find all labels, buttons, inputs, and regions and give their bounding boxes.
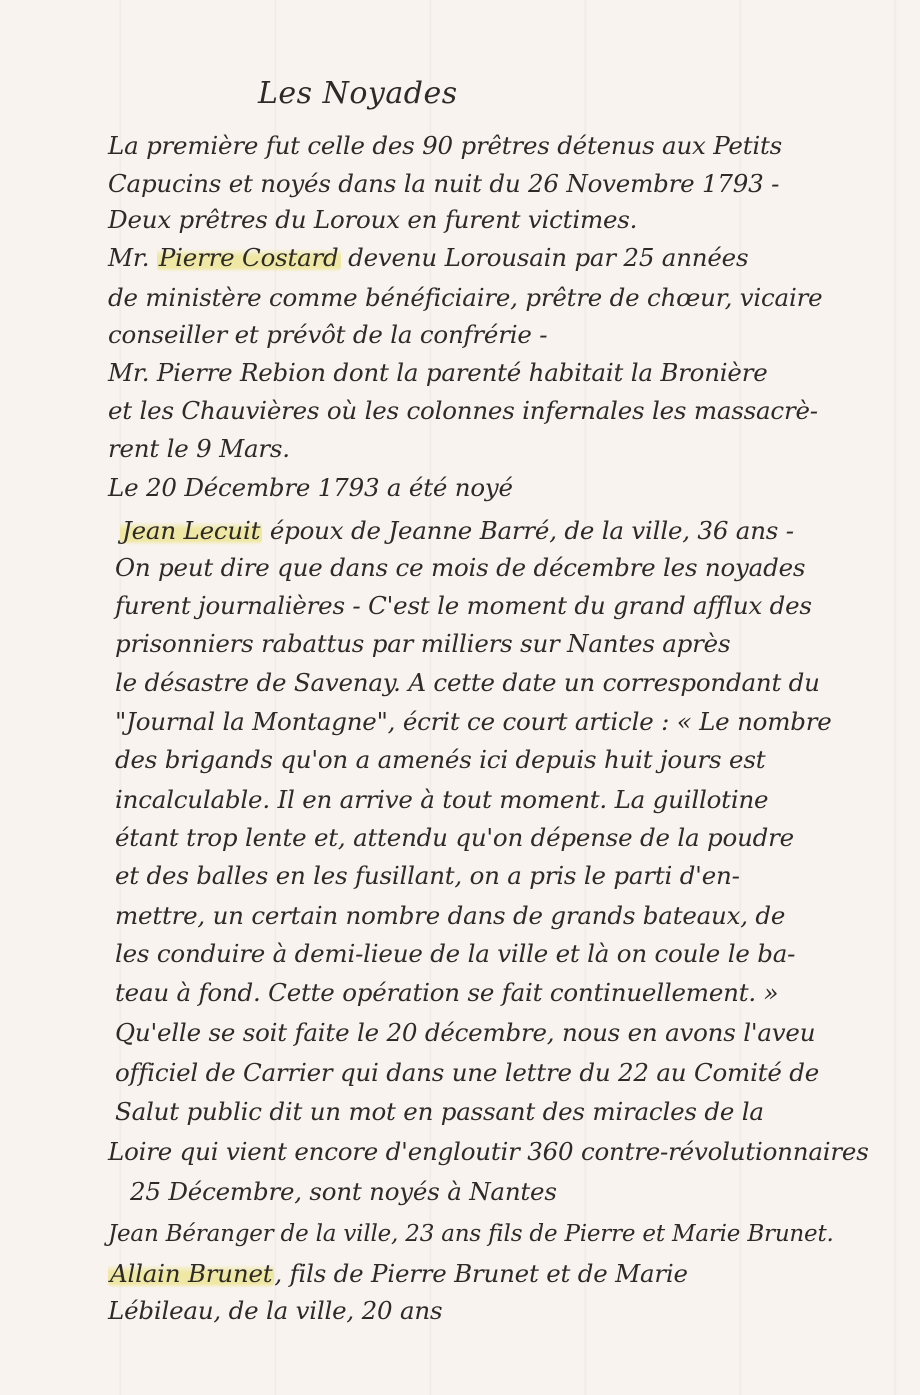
text-line: étant trop lente et, attendu qu'on dépen… xyxy=(115,822,794,854)
line-rest: devenu Lorousain par 25 années xyxy=(341,243,749,272)
scanned-page: Les Noyades La première fut celle des 90… xyxy=(0,0,920,1395)
text-line: et les Chauvières où les colonnes infern… xyxy=(108,395,818,427)
highlighted-name: Allain Brunet xyxy=(108,1259,274,1288)
text-line: les conduire à demi-lieue de la ville et… xyxy=(115,938,795,970)
text-line: incalculable. Il en arrive à tout moment… xyxy=(115,784,768,816)
text-line: conseiller et prévôt de la confrérie - xyxy=(108,319,547,351)
text-line: furent journalières - C'est le moment du… xyxy=(115,590,812,622)
text-line: prisonniers rabattus par milliers sur Na… xyxy=(115,628,730,660)
honorific: Mr. xyxy=(108,243,157,272)
text-line: mettre, un certain nombre dans de grands… xyxy=(115,900,785,932)
text-line: 25 Décembre, sont noyés à Nantes xyxy=(130,1176,557,1208)
text-line: Deux prêtres du Loroux en furent victime… xyxy=(108,204,637,236)
document-title: Les Noyades xyxy=(258,76,458,111)
line-rest: , fils de Pierre Brunet et de Marie xyxy=(274,1259,687,1288)
text-line: Lébileau, de la ville, 20 ans xyxy=(108,1295,442,1327)
text-line: Capucins et noyés dans la nuit du 26 Nov… xyxy=(108,168,779,200)
line-rest: époux de Jeanne Barré, de la ville, 36 a… xyxy=(262,516,794,545)
text-line-highlighted: Jean Lecuit époux de Jeanne Barré, de la… xyxy=(120,515,794,547)
highlighted-name: Pierre Costard xyxy=(157,243,341,272)
text-line: officiel de Carrier qui dans une lettre … xyxy=(115,1057,819,1089)
text-line: Le 20 Décembre 1793 a été noyé xyxy=(108,472,513,504)
text-line: teau à fond. Cette opération se fait con… xyxy=(115,977,778,1009)
text-line: le désastre de Savenay. A cette date un … xyxy=(115,667,820,699)
text-line: On peut dire que dans ce mois de décembr… xyxy=(115,552,805,584)
text-line: Qu'elle se soit faite le 20 décembre, no… xyxy=(115,1017,815,1049)
text-line: Loire qui vient encore d'engloutir 360 c… xyxy=(108,1136,869,1168)
text-line: Jean Béranger de la ville, 23 ans fils d… xyxy=(108,1218,834,1250)
text-line: des brigands qu'on a amenés ici depuis h… xyxy=(115,744,765,776)
text-line: La première fut celle des 90 prêtres dét… xyxy=(108,130,782,162)
highlighted-name: Jean Lecuit xyxy=(120,516,262,545)
text-line: de ministère comme bénéficiaire, prêtre … xyxy=(108,282,822,314)
text-line: Mr. Pierre Rebion dont la parenté habita… xyxy=(108,357,768,389)
text-line-highlighted: Mr. Pierre Costard devenu Lorousain par … xyxy=(108,242,748,274)
text-line: et des balles en les fusillant, on a pri… xyxy=(115,860,740,892)
text-line-highlighted: Allain Brunet, fils de Pierre Brunet et … xyxy=(108,1258,688,1290)
text-line: Salut public dit un mot en passant des m… xyxy=(115,1096,764,1128)
text-line: "Journal la Montagne", écrit ce court ar… xyxy=(115,706,832,738)
text-line: rent le 9 Mars. xyxy=(108,433,290,465)
